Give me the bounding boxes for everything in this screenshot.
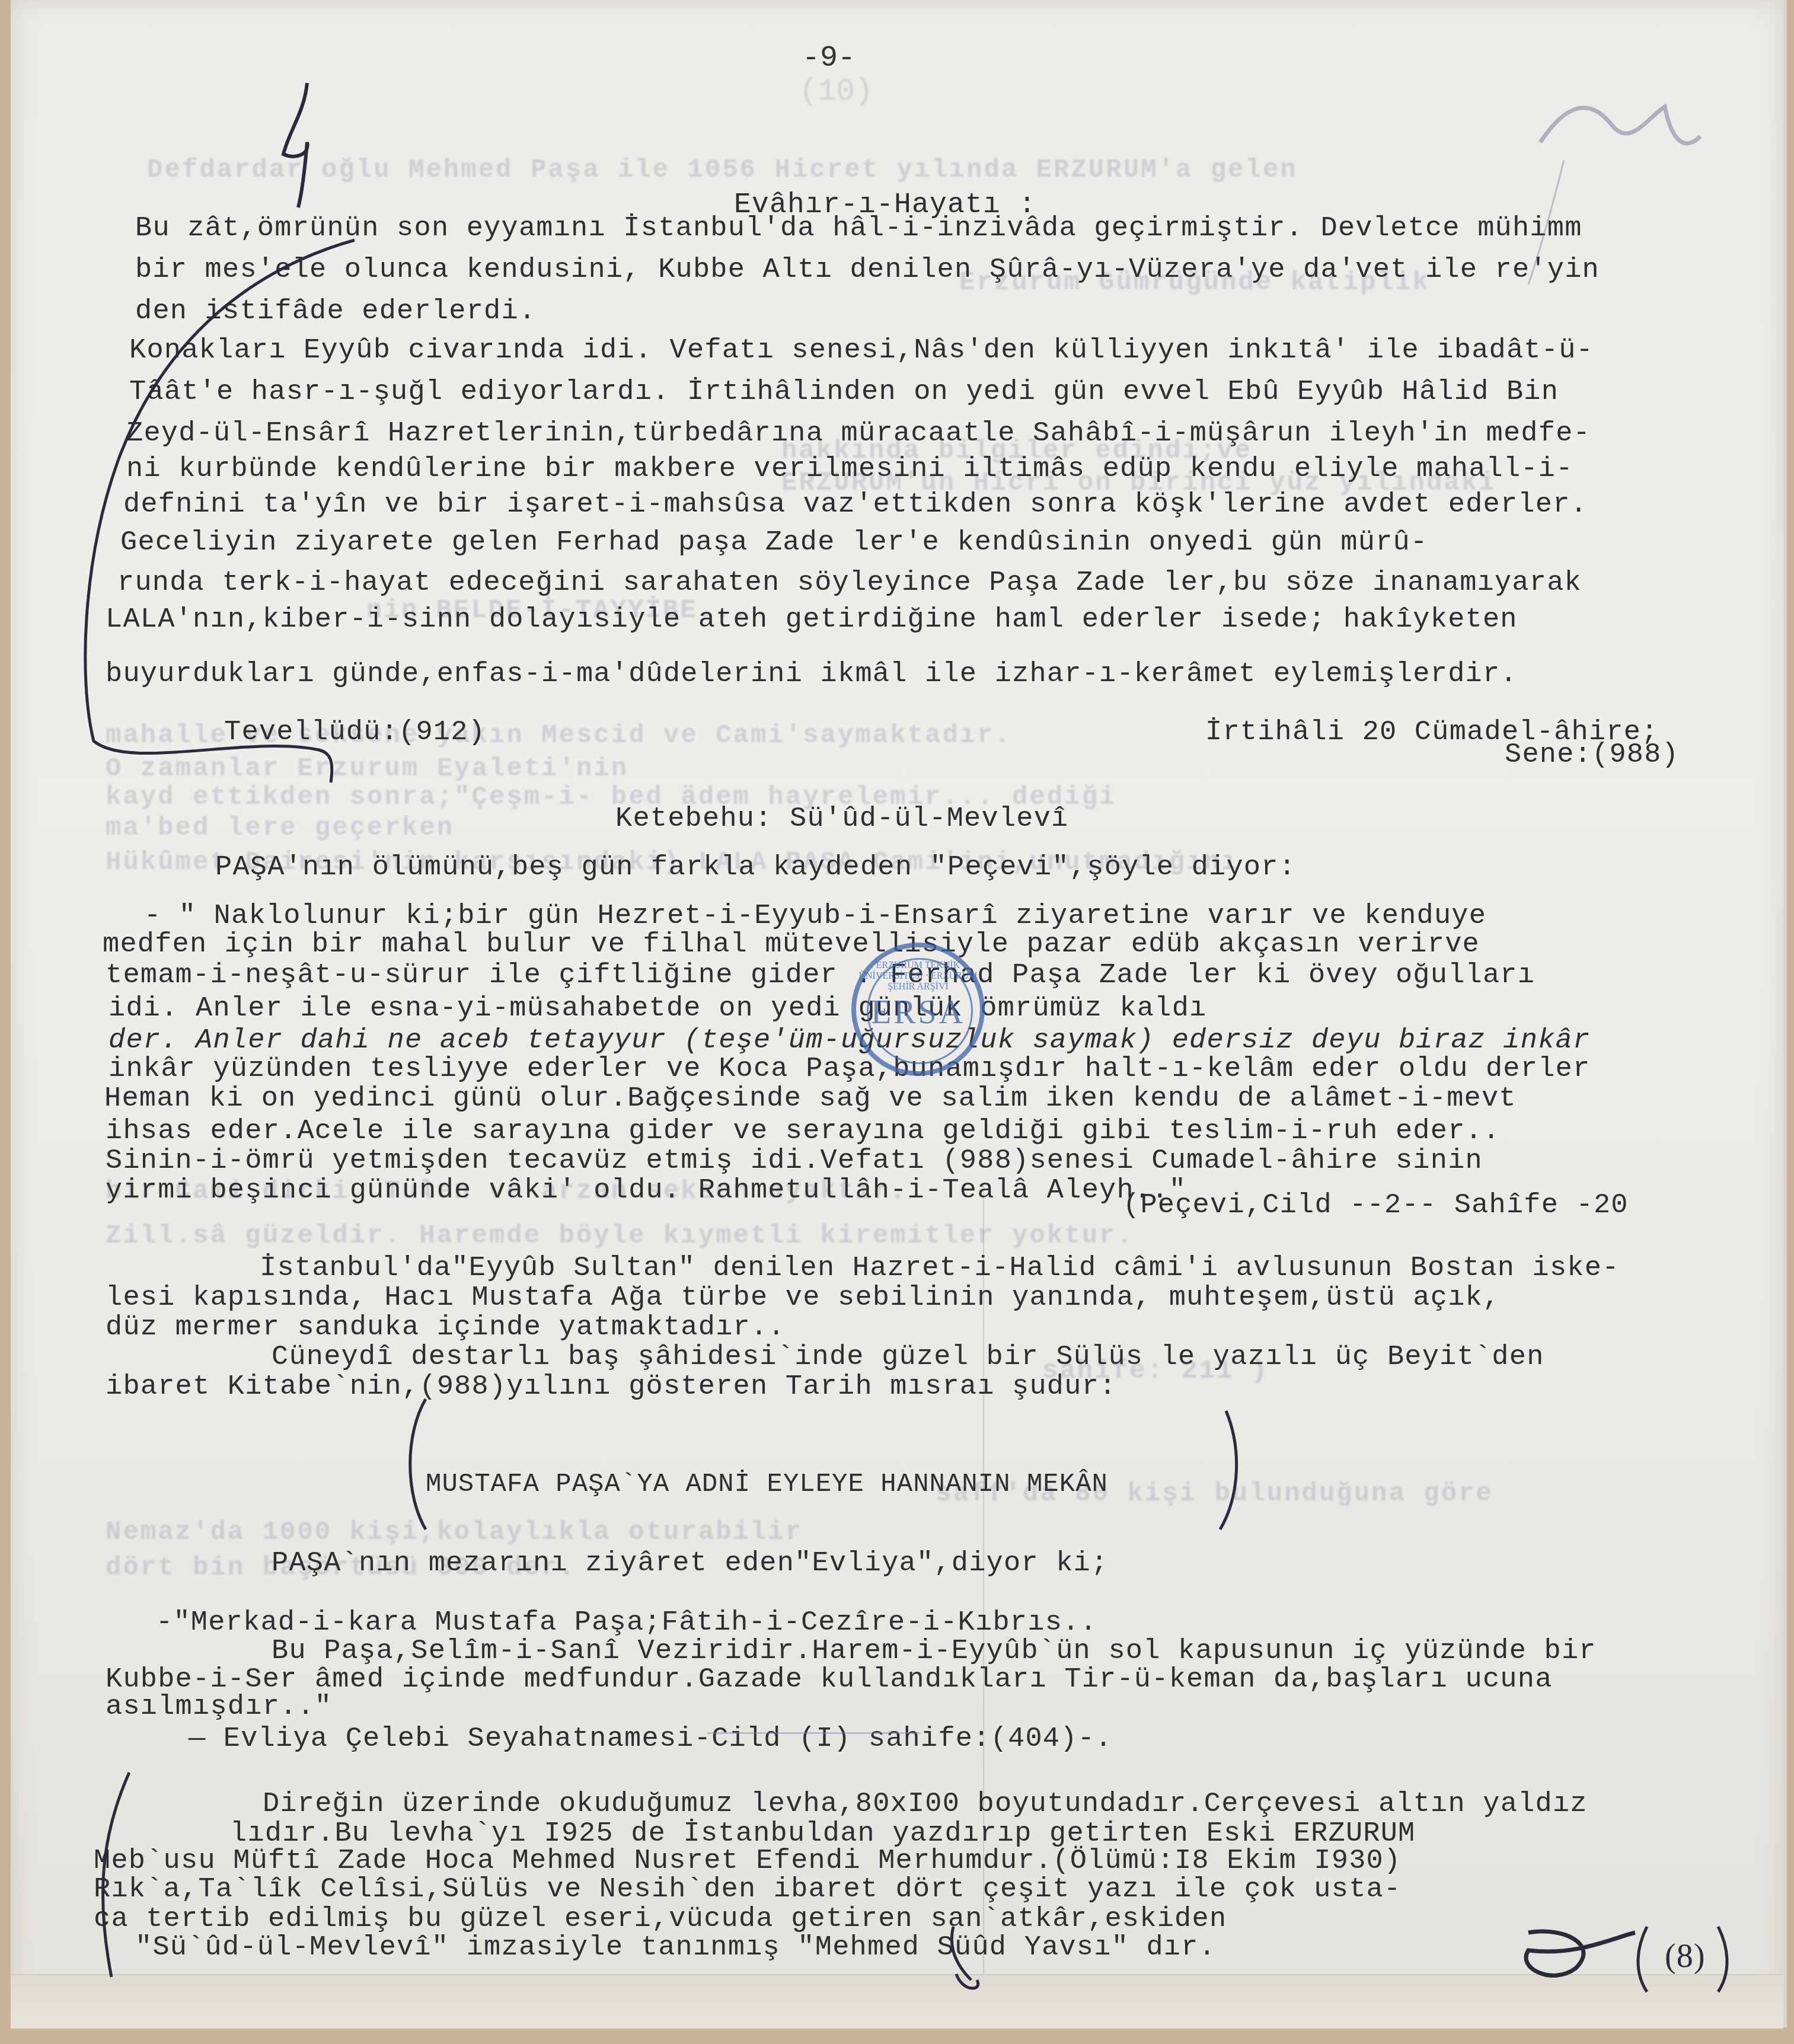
handwritten-annotations [11,0,1783,2027]
document-page: Defdardar oğlu Mehmed Paşa ile 1056 Hicr… [11,0,1787,2027]
verse-close-paren-icon [1220,1411,1237,1529]
handwritten-nine-icon [283,83,308,207]
verse-open-paren-icon [410,1399,426,1529]
bottom-bracket-icon [103,1772,129,1977]
scribble-icon [1526,1931,1635,1975]
pencil-note-icon [1540,107,1700,143]
margin-note-bottom-right: (8) [1665,1940,1706,1973]
signature-mark-icon [952,1927,978,1988]
bracket-arc-icon [85,240,355,783]
